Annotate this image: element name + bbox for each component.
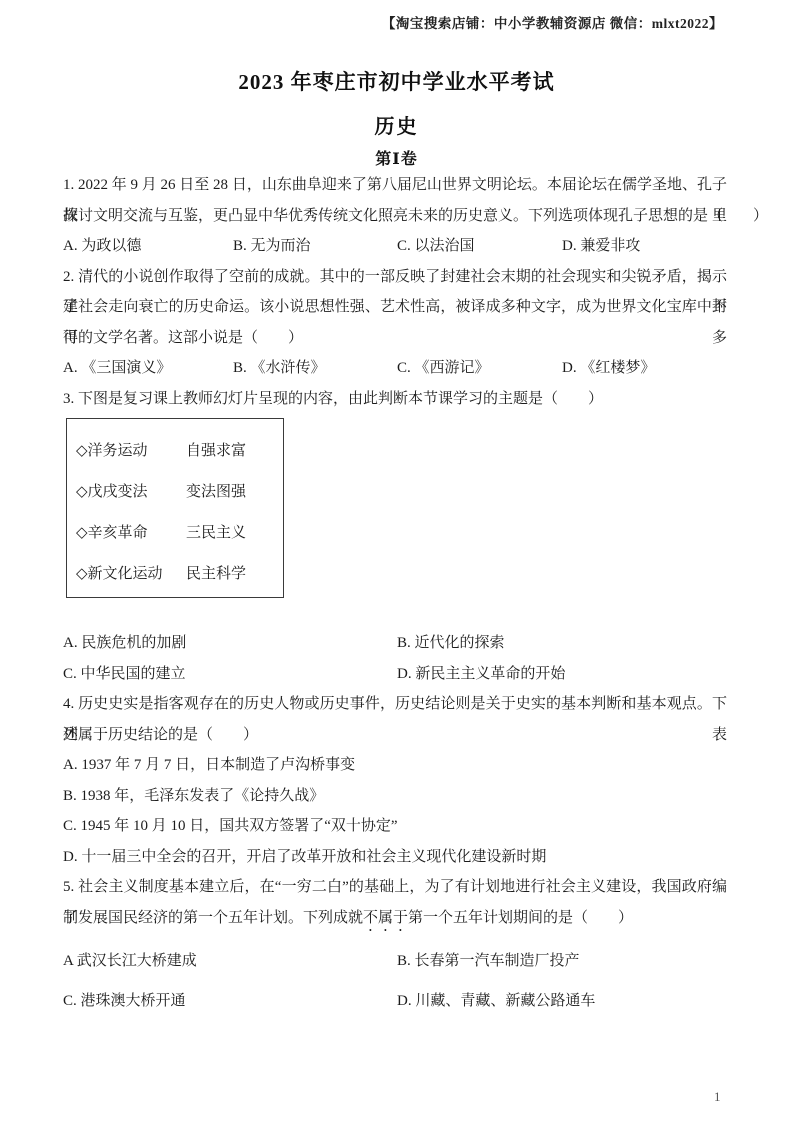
q1-options: A. 为政以德 B. 无为而治 C. 以法治国 D. 兼爱非攻 xyxy=(63,231,727,262)
exam-body: 1. 2022 年 9 月 26 日至 28 日，山东曲阜迎来了第八届尼山世界文… xyxy=(63,170,727,1021)
q2-stem-line-2: 建社会走向衰亡的历史命运。该小说思想性强、艺术性高，被译成多种文字，成为世界文化… xyxy=(63,292,727,323)
slide-item-slogan: 民主科学 xyxy=(186,554,246,595)
slide-item-label: ◇洋务运动 xyxy=(76,431,186,472)
q5-stem-line-1: 5. 社会主义制度基本建立后，在“一穷二白”的基础上，为了有计划地进行社会主义建… xyxy=(63,872,727,903)
section-heading: 第Ⅰ卷 xyxy=(0,146,793,169)
slide-row-wuxu: ◇戊戌变法 变法图强 xyxy=(76,472,283,513)
store-banner: 【淘宝搜索店铺：中小学教辅资源店 微信：mlxt2022】 xyxy=(382,12,723,32)
q5-options-row-2: C. 港珠澳大桥开通 D. 川藏、青藏、新藏公路通车 xyxy=(63,981,727,1021)
q3-options-row-2: C. 中华民国的建立 D. 新民主主义革命的开始 xyxy=(63,659,727,690)
q5-option-a: A 武汉长江大桥建成 xyxy=(63,941,397,981)
q4-option-d: D. 十一届三中全会的召开，开启了改革开放和社会主义现代化建设新时期 xyxy=(63,842,727,873)
q5-stem-line-2-pre: 了发展国民经济的第一个五年计划。下列成就 xyxy=(63,910,363,926)
q1-option-b: B. 无为而治 xyxy=(233,231,397,262)
slide-item-label: ◇辛亥革命 xyxy=(76,513,186,554)
q3-option-c: C. 中华民国的建立 xyxy=(63,659,397,690)
q5-stem-emphasis: 不属于 xyxy=(363,910,408,926)
q4-option-c: C. 1945 年 10 月 10 日，国共双方签署了“双十协定” xyxy=(63,811,727,842)
slide-row-xinwenhua: ◇新文化运动 民主科学 xyxy=(76,554,283,595)
slide-item-slogan: 三民主义 xyxy=(186,513,246,554)
slide-row-xinhai: ◇辛亥革命 三民主义 xyxy=(76,513,283,554)
q2-options: A. 《三国演义》 B. 《水浒传》 C. 《西游记》 D. 《红楼梦》 xyxy=(63,353,727,384)
q5-options-row-1: A 武汉长江大桥建成 B. 长春第一汽车制造厂投产 xyxy=(63,941,727,981)
q2-option-d: D. 《红楼梦》 xyxy=(562,353,727,384)
q1-option-d: D. 兼爱非攻 xyxy=(562,231,727,262)
q1-option-a: A. 为政以德 xyxy=(63,231,233,262)
slide-item-label: ◇戊戌变法 xyxy=(76,472,186,513)
q3-option-b: B. 近代化的探索 xyxy=(397,628,727,659)
q2-option-c: C. 《西游记》 xyxy=(397,353,562,384)
q1-stem-line-1: 1. 2022 年 9 月 26 日至 28 日，山东曲阜迎来了第八届尼山世界文… xyxy=(63,170,727,201)
q4-stem-line-1: 4. 历史史实是指客观存在的历史人物或历史事件，历史结论则是关于史实的基本判断和… xyxy=(63,689,727,720)
exam-paper-page: { "page": { "store_banner": "【淘宝搜索店铺：中小学… xyxy=(0,0,793,1122)
scan-artifact-mark: · xyxy=(81,958,85,970)
q5-option-d: D. 川藏、青藏、新藏公路通车 xyxy=(397,981,727,1021)
q2-option-a: A. 《三国演义》 xyxy=(63,353,233,384)
slide-item-slogan: 自强求富 xyxy=(186,431,246,472)
slide-row-yangwu: ◇洋务运动 自强求富 xyxy=(76,431,283,472)
q3-stem: 3. 下图是复习课上教师幻灯片呈现的内容，由此判断本节课学习的主题是（ ） xyxy=(63,384,727,415)
q3-options-row-1: A. 民族危机的加剧 B. 近代化的探索 xyxy=(63,628,727,659)
q4-option-b: B. 1938 年，毛泽东发表了《论持久战》 xyxy=(63,781,727,812)
q5-option-c: C. 港珠澳大桥开通 xyxy=(63,981,397,1021)
slide-item-label: ◇新文化运动 xyxy=(76,554,186,595)
exam-subject: 历史 xyxy=(0,110,793,139)
q4-option-a: A. 1937 年 7 月 7 日，日本制造了卢沟桥事变 xyxy=(63,750,727,781)
q1-option-c: C. 以法治国 xyxy=(397,231,562,262)
q2-stem-line-1: 2. 清代的小说创作取得了空前的成就。其中的一部反映了封建社会末期的社会现实和尖… xyxy=(63,262,727,293)
q1-stem-line-2: 探讨文明交流与互鉴，更凸显中华优秀传统文化照亮未来的历史意义。下列选项体现孔子思… xyxy=(63,201,727,232)
q3-option-d: D. 新民主主义革命的开始 xyxy=(397,659,727,690)
q2-option-b: B. 《水浒传》 xyxy=(233,353,397,384)
page-number: 1 xyxy=(714,1089,721,1105)
exam-title: 2023 年枣庄市初中学业水平考试 xyxy=(0,66,793,96)
q5-option-b: B. 长春第一汽车制造厂投产 xyxy=(397,941,727,981)
q3-option-a: A. 民族危机的加剧 xyxy=(63,628,397,659)
q5-stem-line-2-post: 第一个五年计划期间的是（ ） xyxy=(408,910,633,926)
slide-item-slogan: 变法图强 xyxy=(186,472,246,513)
q5-stem-line-2: 了发展国民经济的第一个五年计划。下列成就不属于第一个五年计划期间的是（ ） xyxy=(63,903,727,934)
q3-slide-box: ◇洋务运动 自强求富 ◇戊戌变法 变法图强 ◇辛亥革命 三民主义 ◇新文化运动 … xyxy=(66,418,284,598)
